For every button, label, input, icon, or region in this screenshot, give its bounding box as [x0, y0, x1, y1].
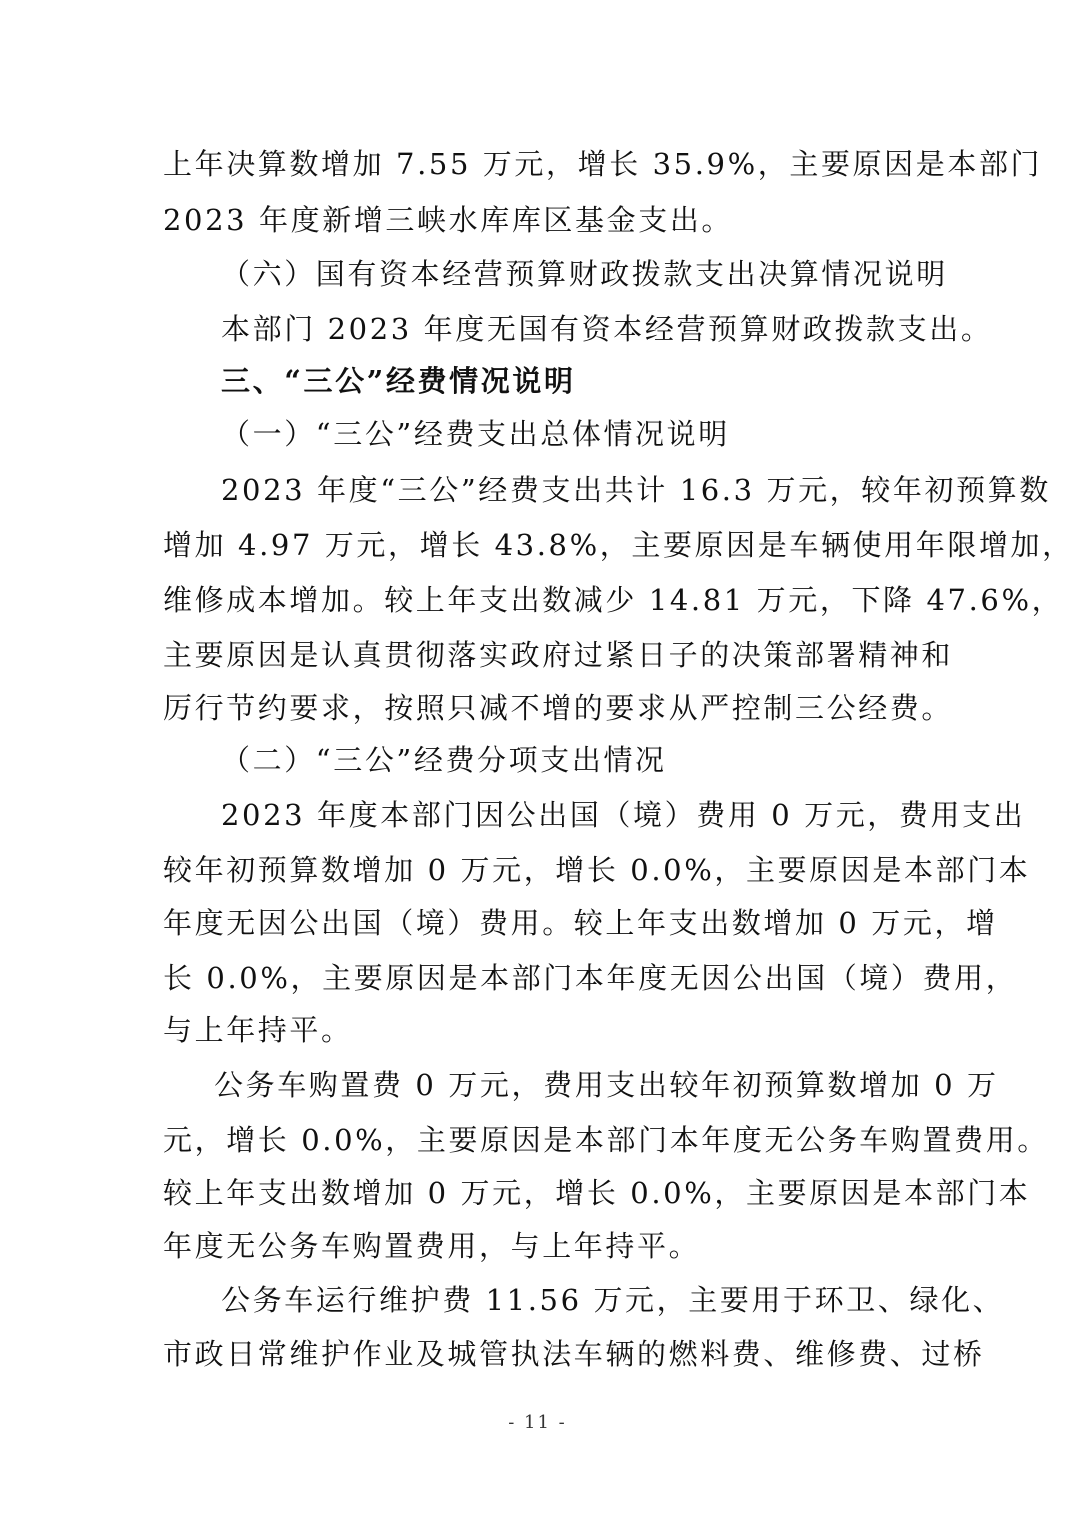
page-number: - 11 -	[0, 1412, 1075, 1433]
paragraph-line: 2023 年度新增三峡水库库区基金支出。	[163, 202, 733, 238]
paragraph-line: 增加 4.97 万元，增长 43.8%，主要原因是车辆使用年限增加，	[163, 527, 1074, 563]
paragraph-line: 上年决算数增加 7.55 万元，增长 35.9%，主要原因是本部门	[163, 146, 1042, 182]
paragraph-line: 2023 年度“三公”经费支出共计 16.3 万元，较年初预算数	[221, 472, 1051, 508]
paragraph-line: 与上年持平。	[163, 1012, 353, 1048]
paragraph-line: 长 0.0%，主要原因是本部门本年度无因公出国（境）费用，	[163, 960, 1017, 996]
paragraph-line: 主要原因是认真贯彻落实政府过紧日子的决策部署精神和	[163, 637, 953, 673]
paragraph-line: 厉行节约要求，按照只减不增的要求从严控制三公经费。	[163, 690, 953, 726]
document-page: 上年决算数增加 7.55 万元，增长 35.9%，主要原因是本部门 2023 年…	[0, 0, 1075, 1520]
section-heading-3: 三、“三公”经费情况说明	[221, 363, 576, 399]
paragraph-line: 公务车购置费 0 万元，费用支出较年初预算数增加 0 万	[214, 1067, 999, 1103]
paragraph-line: 2023 年度本部门因公出国（境）费用 0 万元，费用支出	[221, 797, 1025, 833]
paragraph-line: 较上年支出数增加 0 万元，增长 0.0%，主要原因是本部门本	[163, 1175, 1030, 1211]
paragraph-line: 市政日常维护作业及城管执法车辆的燃料费、维修费、过桥	[163, 1336, 985, 1372]
subsection-heading-1: （一）“三公”经费支出总体情况说明	[221, 416, 730, 452]
paragraph-line: 本部门 2023 年度无国有资本经营预算财政拨款支出。	[221, 311, 992, 347]
paragraph-line: 年度无公务车购置费用，与上年持平。	[163, 1228, 700, 1264]
section-heading-6: （六）国有资本经营预算财政拨款支出决算情况说明	[221, 256, 948, 292]
paragraph-line: 维修成本增加。较上年支出数减少 14.81 万元，下降 47.6%，	[163, 582, 1063, 618]
paragraph-line: 元，增长 0.0%，主要原因是本部门本年度无公务车购置费用。	[163, 1122, 1049, 1158]
subsection-heading-2: （二）“三公”经费分项支出情况	[221, 742, 667, 778]
paragraph-line: 较年初预算数增加 0 万元，增长 0.0%，主要原因是本部门本	[163, 852, 1030, 888]
paragraph-line: 公务车运行维护费 11.56 万元，主要用于环卫、绿化、	[221, 1282, 1004, 1318]
paragraph-line: 年度无因公出国（境）费用。较上年支出数增加 0 万元，增	[163, 905, 998, 941]
